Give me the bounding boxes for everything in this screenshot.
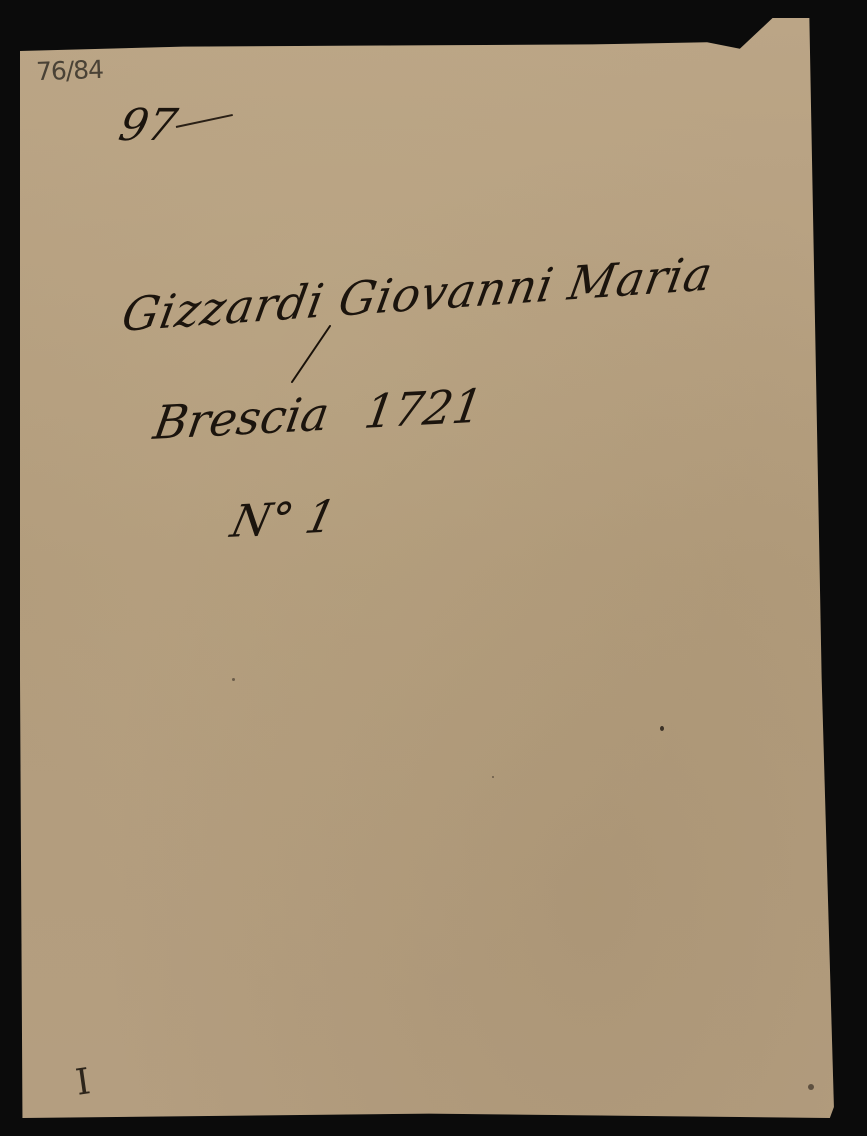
- folio-number: 97: [115, 100, 182, 151]
- paper-speck: [492, 776, 494, 778]
- paper-speck: [808, 1084, 814, 1090]
- place-text: Brescia: [150, 386, 333, 450]
- document-sheet: [20, 18, 838, 1118]
- paper-speck: [660, 726, 664, 731]
- paper-speck: [232, 678, 235, 681]
- number-line: N° 1: [226, 491, 340, 548]
- year-text: 1721: [361, 378, 487, 439]
- archive-reference: 76/84: [36, 55, 104, 86]
